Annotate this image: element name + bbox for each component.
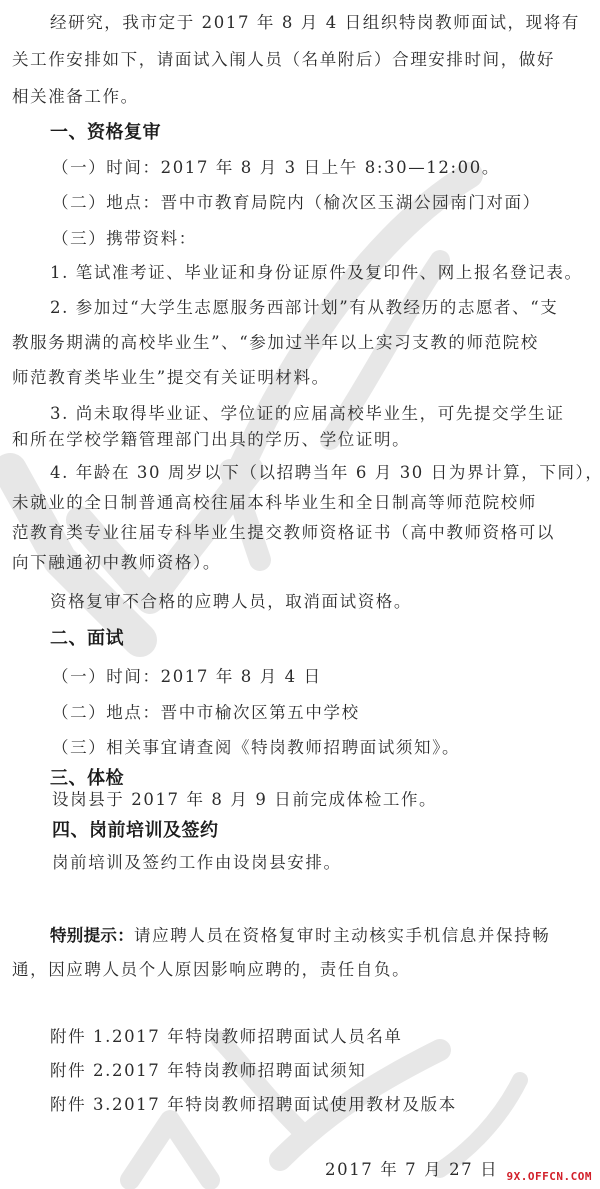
training-signing-body: 岗前培训及签约工作由设岗县安排。 <box>52 853 342 873</box>
special-notice-text-1: 请应聘人员在资格复审时主动核实手机信息并保持畅 <box>134 926 550 945</box>
review-materials-label: （三）携带资料： <box>52 229 197 249</box>
material-item-2-line-2: 教服务期满的高校毕业生”、“参加过半年以上实习支教的师范院校 <box>12 333 539 353</box>
interview-time: （一）时间：2017 年 8 月 4 日 <box>52 667 322 687</box>
special-notice-line-1: 特别提示：请应聘人员在资格复审时主动核实手机信息并保持畅 <box>50 926 550 946</box>
review-location: （二）地点：晋中市教育局院内（榆次区玉湖公园南门对面） <box>52 193 541 213</box>
section-heading-qualification-review: 一、资格复审 <box>50 122 161 144</box>
site-watermark: 9X.OFFCN.COM <box>507 1170 592 1183</box>
intro-line-3: 相关准备工作。 <box>12 87 139 107</box>
section-heading-interview: 二、面试 <box>50 628 124 650</box>
material-item-2-line-3: 师范教育类毕业生”提交有关证明材料。 <box>12 368 330 388</box>
material-item-3-line-2: 和所在学校学籍管理部门出具的学历、学位证明。 <box>12 430 410 450</box>
attachment-3: 附件 3.2017 年特岗教师招聘面试使用教材及版本 <box>50 1095 457 1115</box>
interview-location: （二）地点：晋中市榆次区第五中学校 <box>52 703 360 723</box>
document-page: 经研究，我市定于 2017 年 8 月 4 日组织特岗教师面试，现将有 关工作安… <box>0 0 600 1189</box>
physical-exam-body: 设岗县于 2017 年 8 月 9 日前完成体检工作。 <box>52 790 437 810</box>
material-item-1: 1. 笔试准考证、毕业证和身份证原件及复印件、网上报名登记表。 <box>50 263 583 283</box>
review-time: （一）时间：2017 年 8 月 3 日上午 8:30—12:00。 <box>52 158 500 178</box>
document-date: 2017 年 7 月 27 日 <box>325 1160 498 1180</box>
review-disqualification-note: 资格复审不合格的应聘人员，取消面试资格。 <box>50 592 412 612</box>
intro-line-1: 经研究，我市定于 2017 年 8 月 4 日组织特岗教师面试，现将有 <box>50 13 580 33</box>
material-item-4-line-2: 未就业的全日制普通高校往届本科毕业生和全日制高等师范院校师 <box>12 493 537 513</box>
material-item-4-line-4: 向下融通初中教师资格）。 <box>12 553 221 573</box>
section-heading-physical-exam: 三、体检 <box>50 768 124 790</box>
attachment-1: 附件 1.2017 年特岗教师招聘面试人员名单 <box>50 1027 403 1047</box>
material-item-4-line-3: 范教育类专业往届专科毕业生提交教师资格证书（高中教师资格可以 <box>12 523 555 543</box>
material-item-4-line-1: 4. 年龄在 30 周岁以下（以招聘当年 6 月 30 日为界计算，下同）， <box>50 463 600 483</box>
section-heading-training-signing: 四、岗前培训及签约 <box>52 820 219 842</box>
material-item-2-line-1: 2. 参加过“大学生志愿服务西部计划”有从教经历的志愿者、“支 <box>50 298 558 318</box>
interview-notes-reference: （三）相关事宜请查阅《特岗教师招聘面试须知》。 <box>52 738 460 758</box>
intro-line-2: 关工作安排如下，请面试入闱人员（名单附后）合理安排时间，做好 <box>12 50 555 70</box>
special-notice-label: 特别提示： <box>50 926 134 945</box>
attachment-2: 附件 2.2017 年特岗教师招聘面试须知 <box>50 1061 366 1081</box>
material-item-3-line-1: 3. 尚未取得毕业证、学位证的应届高校毕业生，可先提交学生证 <box>50 404 565 424</box>
special-notice-line-2: 通，因应聘人员个人原因影响应聘的，责任自负。 <box>12 960 410 980</box>
